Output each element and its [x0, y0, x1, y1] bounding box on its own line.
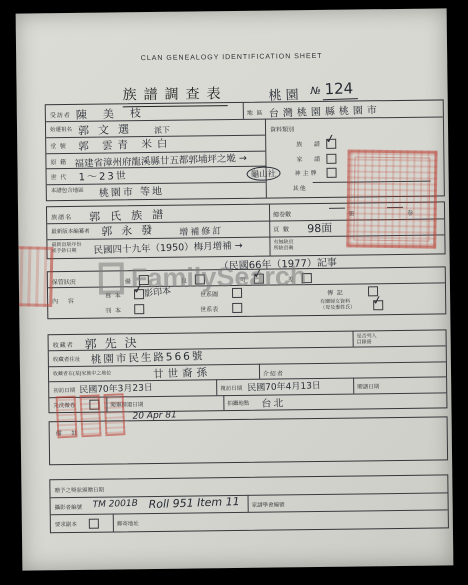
content-manuscript-label: 寫 本 [105, 290, 122, 299]
content-print-label: 刊 本 [105, 305, 122, 314]
material-checkbox-jiapu [326, 154, 336, 164]
microfilm-checkbox [89, 400, 99, 410]
table-rule [106, 397, 107, 412]
donate-date-label: 贈譜日期 [357, 382, 379, 390]
content-checkbox-women: ✓ [373, 300, 383, 310]
hall-value: 郭 雲青 米白 [78, 136, 173, 154]
material-option-label: 家 譜 [296, 154, 325, 163]
content-checkbox-chart [232, 288, 242, 298]
content-women-label: 有關婦女資料 （母及妻姓氏） [320, 299, 355, 311]
sheet-number: 124 [322, 79, 357, 100]
missing-pages-label: 有無缺頁 所缺頁碼 [273, 239, 293, 251]
table-rule [265, 119, 267, 198]
material-option-label: 族 譜 [296, 139, 325, 148]
society-number-label: 家譜學會編號 [252, 500, 285, 508]
material-other-blank [313, 181, 431, 183]
english-title: CLAN GENEALOGY IDENTIFICATION SHEET [16, 51, 447, 63]
condition-option-label: 優 [125, 276, 132, 285]
remarks-box: 備 註 [49, 416, 449, 465]
mailing-address-label: 郵寄地址 [117, 519, 139, 527]
content-table-label: 世系表 [200, 304, 218, 313]
table-rule [269, 205, 271, 256]
return-date-label: 閱畢歸還日期 [110, 400, 143, 408]
book-table: 族譜名 郭氏族譜 總卷數 冊 卷 最新版本編纂者 郭永發 增補修訂 頁 數 98… [46, 201, 446, 259]
interviewee-label: 受訪者 [50, 110, 71, 119]
area-label: 地 區 [247, 108, 264, 117]
table-rule [248, 495, 249, 512]
pubdate-value: 民國四十九年（1950）梅月增補 → [93, 237, 243, 256]
pages-value: 98面 [307, 220, 333, 237]
origin-label: 原 籍 [50, 157, 67, 166]
volumes-label: 總卷數 [273, 209, 291, 218]
filming-location-label: 拍攝地點 [227, 399, 249, 407]
table-rule [259, 364, 260, 379]
remarks-label: 備 註 [56, 428, 82, 437]
copy-request-label: 要求副本 [55, 520, 77, 528]
survey-table: 受訪者 陳美枝 地 區 台灣桃園縣桃園市 始遷祖名 郭文選 派下 堂 號 郭 雲… [45, 99, 445, 201]
material-other-label: 其他 [293, 183, 307, 192]
revisit-value: 民國70年4月13日 [247, 378, 321, 393]
award-date-label: 贈予之獎狀頒贈日期 [54, 486, 104, 495]
condition-checkbox-fair: ✓ [254, 274, 264, 284]
content-bio-label: 傳 記 [327, 288, 344, 297]
pubdate-label: 最新出版年份 或手鈔日期 [51, 242, 81, 254]
table-rule [353, 378, 354, 394]
content-checkbox-table [232, 303, 242, 313]
coverage-value: 桃園市 等地 [99, 182, 165, 199]
volumes-unit-ce: 冊 [348, 209, 355, 218]
hall-label: 堂 號 [50, 141, 67, 150]
table-rule [51, 492, 448, 498]
table-rule [223, 395, 224, 410]
generations-value: 1～23世 [78, 167, 128, 184]
address-label: 收藏者住址 [53, 355, 81, 363]
table-rule [113, 513, 114, 531]
condition-table: 保管狀況 優 良 可 ✓ 差 內 容 寫 本 ✓ 影印本 世系圖 傳 記 刊 本… [47, 266, 447, 319]
compiler-label: 最新版本編纂者 [51, 227, 90, 235]
microfilm-label: 先洗微卷 [53, 401, 75, 409]
owner-label: 收藏者 [53, 340, 74, 349]
material-checkbox-tablet [327, 168, 337, 178]
scanned-document-page: CLAN GENEALOGY IDENTIFICATION SHEET 族譜調查… [16, 8, 454, 570]
condition-option-label: 差 [288, 274, 295, 283]
volumes-unit-juan: 卷 [407, 208, 414, 217]
condition-option-label: 良 [181, 276, 188, 285]
generations-label: 世 代 [51, 172, 68, 181]
revisit-label: 複訪日期 [220, 384, 242, 392]
volumes-blank [387, 207, 403, 208]
ancestor-note: 派下 [154, 125, 170, 137]
book-title-label: 族譜名 [51, 212, 72, 221]
position-label: 收藏者在(某)家族中之地位 [53, 371, 111, 378]
position-value: 廿世裔孫 [153, 365, 211, 382]
condition-checkbox-good [195, 274, 205, 284]
listed-label: 是否列入 目錄冊 [357, 333, 377, 345]
page-title: 族譜調查表 [122, 83, 227, 107]
filming-location-value: 台北 [261, 394, 285, 410]
content-checkbox-manuscript: ✓ [134, 289, 144, 299]
first-visit-label: 初訪日期 [53, 386, 75, 394]
material-option-label: 神主牌 [295, 168, 319, 177]
first-visit-value: 民國70年3月23日 [79, 380, 153, 395]
table-rule [353, 332, 354, 347]
pages-label: 頁 數 [273, 224, 290, 233]
copy-request-checkbox [89, 519, 99, 529]
condition-option-label: 可 [240, 275, 247, 284]
content-label: 內 容 [52, 296, 78, 305]
filming-table: 贈予之獎狀頒贈日期 攝影者編號 TM 2001B Roll 951 Item 1… [49, 474, 449, 533]
region-handwritten: 桃園 [268, 84, 303, 104]
ancestor-value: 郭文選 [78, 121, 138, 139]
content-chart-label: 世系圖 [200, 289, 218, 298]
ancestor-label: 始遷祖名 [50, 125, 72, 133]
roll-item-value: Roll 951 Item 11 [148, 495, 239, 511]
coverage-label: 本譜包含地區 [51, 188, 84, 194]
compiler-note: 增補修訂 [179, 224, 223, 238]
origin-village-note: 龜山社 [246, 166, 280, 181]
condition-checkbox-poor [302, 273, 312, 283]
volumes-blank [329, 208, 345, 209]
introducer-label: 介紹者 [263, 368, 284, 377]
table-rule [51, 509, 448, 515]
table-rule [216, 379, 217, 395]
table-rule [243, 103, 244, 119]
owner-table: 收藏者 郭先決 是否列入 目錄冊 收藏者住址 桃園市民生路566號 收藏者在(某… [48, 329, 448, 413]
content-checkbox-print [134, 304, 144, 314]
photographer-label: 攝影者編號 [55, 503, 83, 511]
material-type-header: 資料類別 [270, 124, 294, 133]
manuscript-note: 影印本 [143, 283, 171, 299]
material-checkbox-zupu: ✓ [326, 139, 336, 149]
compiler-value: 郭永發 [101, 221, 161, 239]
photographer-value: TM 2001B [92, 499, 138, 510]
date-note: 20 Apr 81 [132, 410, 177, 421]
condition-label: 保管狀況 [52, 277, 76, 286]
number-prefix: № [310, 86, 321, 97]
